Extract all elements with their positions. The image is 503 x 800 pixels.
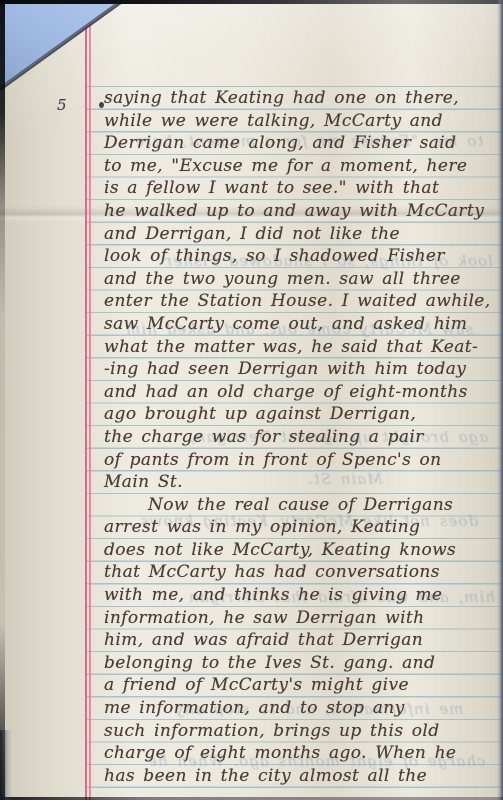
handwriting-line: a friend of McCarty's might give — [0, 675, 503, 698]
handwriting-line: and had an old charge of eight-months — [0, 382, 503, 405]
handwriting-line: information, he saw Derrigan with — [0, 608, 503, 631]
handwriting-line: and the two young men. saw all three — [0, 269, 503, 292]
handwriting-line: Main St. — [0, 472, 503, 495]
handwriting-line: saying that Keating had one on there, — [0, 88, 503, 111]
handwriting-line-paragraph-start: Now the real cause of Derrigans — [0, 495, 503, 518]
handwriting-line: -ing had seen Derrigan with him today — [0, 359, 503, 382]
handwriting-line: ago brought up against Derrigan, — [0, 404, 503, 427]
handwriting-line: to me, "Excuse me for a moment, here — [0, 156, 503, 179]
handwriting-line: me information, and to stop any — [0, 698, 503, 721]
handwriting-line: the charge was for stealing a pair — [0, 427, 503, 450]
handwriting-line: him, and was afraid that Derrigan — [0, 630, 503, 653]
handwriting-line: look of things, so I shadowed Fisher — [0, 246, 503, 269]
handwriting-line: what the matter was, he said that Keat- — [0, 337, 503, 360]
handwriting-line: he walked up to and away with McCarty — [0, 201, 503, 224]
handwriting-line: that McCarty has had conversations — [0, 562, 503, 585]
handwriting-line: with me, and thinks he is giving me — [0, 585, 503, 608]
manuscript-page: to me, "Excuse me for a moment, here loo… — [0, 0, 503, 800]
handwriting-line: of pants from in front of Spenc's on — [0, 450, 503, 473]
handwriting-line: does not like McCarty, Keating knows — [0, 540, 503, 563]
handwriting-line: arrest was in my opinion, Keating — [0, 517, 503, 540]
handwriting-line: such information, brings up this old — [0, 721, 503, 744]
handwriting-line: while we were talking, McCarty and — [0, 111, 503, 134]
handwriting-block: saying that Keating had one on there, wh… — [0, 88, 503, 788]
handwriting-line: saw McCarty come out, and asked him — [0, 314, 503, 337]
folded-corner-blue-triangle — [0, 0, 132, 96]
handwriting-line: is a fellow I want to see." with that — [0, 178, 503, 201]
scan-edge-top — [0, 0, 503, 4]
handwriting-line: Derrigan came along, and Fisher said — [0, 133, 503, 156]
handwriting-line: and Derrigan, I did not like the — [0, 224, 503, 247]
handwriting-line: charge of eight months ago. When he — [0, 743, 503, 766]
handwriting-line: has been in the city almost all the — [0, 766, 503, 789]
handwriting-line: belonging to the Ives St. gang. and — [0, 653, 503, 676]
handwriting-line: enter the Station House. I waited awhile… — [0, 291, 503, 314]
